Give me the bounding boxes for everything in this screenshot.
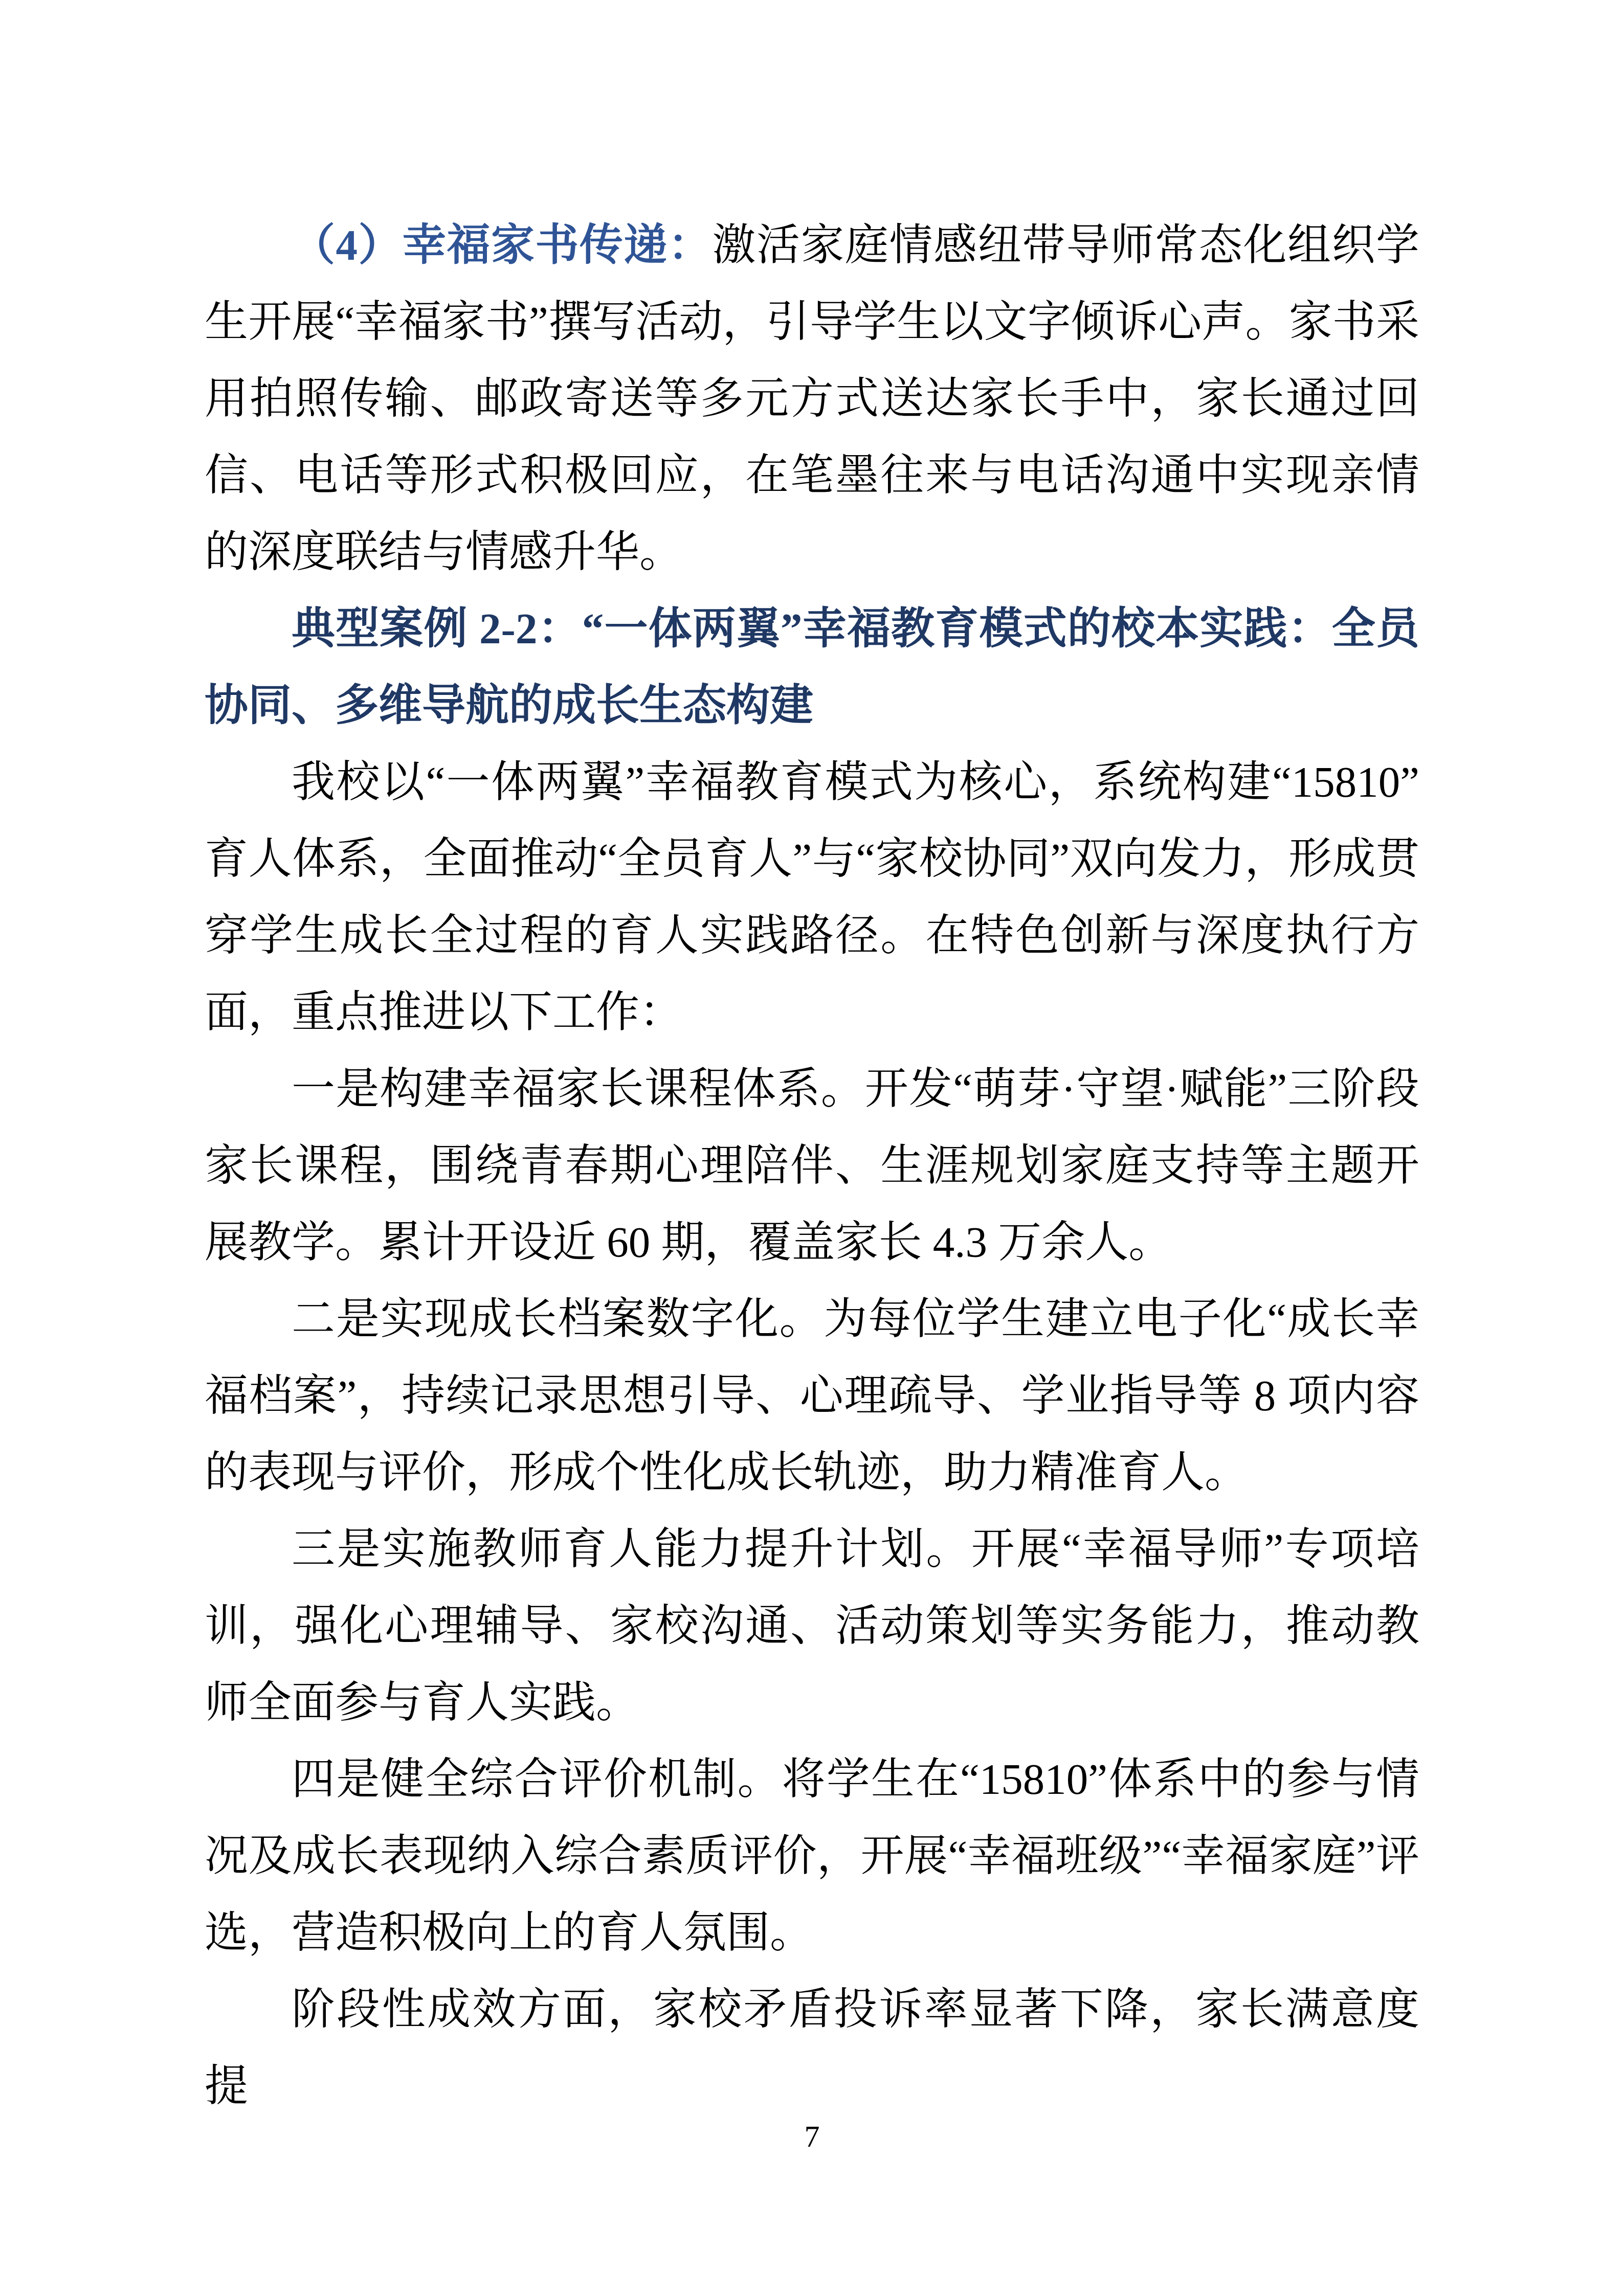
para-school-model-overview: 我校以“一体两翼”幸福教育模式为核心，系统构建“15810”育人体系，全面推动“… [205,744,1419,1051]
document-content: （4）幸福家书传递：激活家庭情感纽带导师常态化组织学生开展“幸福家书”撰写活动，… [205,207,1419,2125]
para-point-3-teacher-training: 三是实施教师育人能力提升计划。开展“幸福导师”专项培训，强化心理辅导、家校沟通、… [205,1511,1419,1741]
para-point-2-digital-archive: 二是实现成长档案数字化。为每位学生建立电子化“成长幸福档案”，持续记录思想引导、… [205,1281,1419,1511]
page-footer: 7 [0,2121,1624,2152]
para-stage-results: 阶段性成效方面，家校矛盾投诉率显著下降，家长满意度提 [205,1971,1419,2125]
para-point-1-parent-curriculum: 一是构建幸福家长课程体系。开发“萌芽·守望·赋能”三阶段家长课程，围绕青春期心理… [205,1051,1419,1281]
heading-case-study-2-2: 典型案例 2-2：“一体两翼”幸福教育模式的校本实践：全员协同、多维导航的成长生… [205,591,1419,744]
para-point-4-evaluation-mechanism: 四是健全综合评价机制。将学生在“15810”体系中的参与情况及成长表现纳入综合素… [205,1741,1419,1971]
para-happy-family-letters-lead: （4）幸福家书传递： [292,221,713,269]
document-page: （4）幸福家书传递：激活家庭情感纽带导师常态化组织学生开展“幸福家书”撰写活动，… [0,0,1624,2296]
para-happy-family-letters-text: 激活家庭情感纽带导师常态化组织学生开展“幸福家书”撰写活动，引导学生以文字倾诉心… [205,221,1419,576]
page-background: { "document": { "page_number": "7", "col… [0,0,1624,2296]
para-happy-family-letters: （4）幸福家书传递：激活家庭情感纽带导师常态化组织学生开展“幸福家书”撰写活动，… [205,207,1419,591]
page-number: 7 [805,2120,820,2153]
